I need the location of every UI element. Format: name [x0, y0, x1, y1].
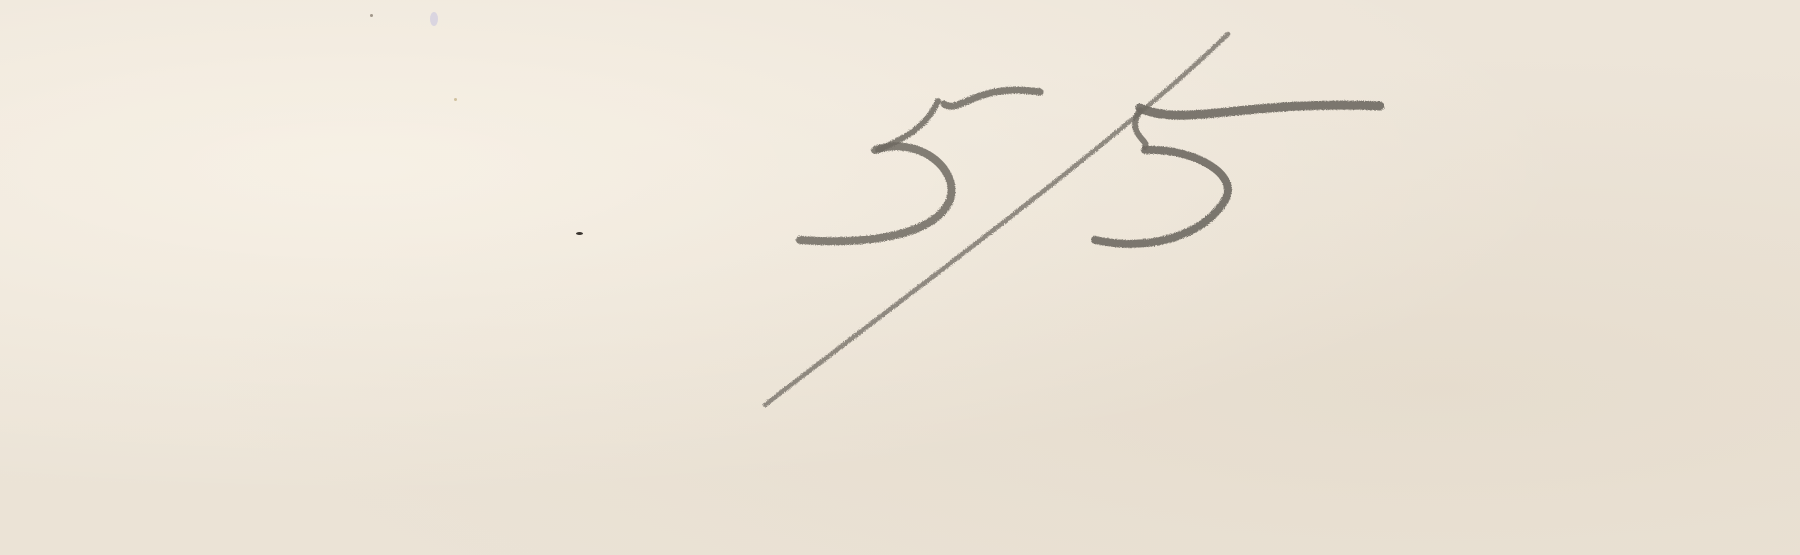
- numeral-5-first: [944, 90, 1040, 106]
- edition-marking: [0, 0, 1800, 555]
- numeral-5-second: [1140, 105, 1380, 115]
- paper-background: 5/5: [0, 0, 1800, 555]
